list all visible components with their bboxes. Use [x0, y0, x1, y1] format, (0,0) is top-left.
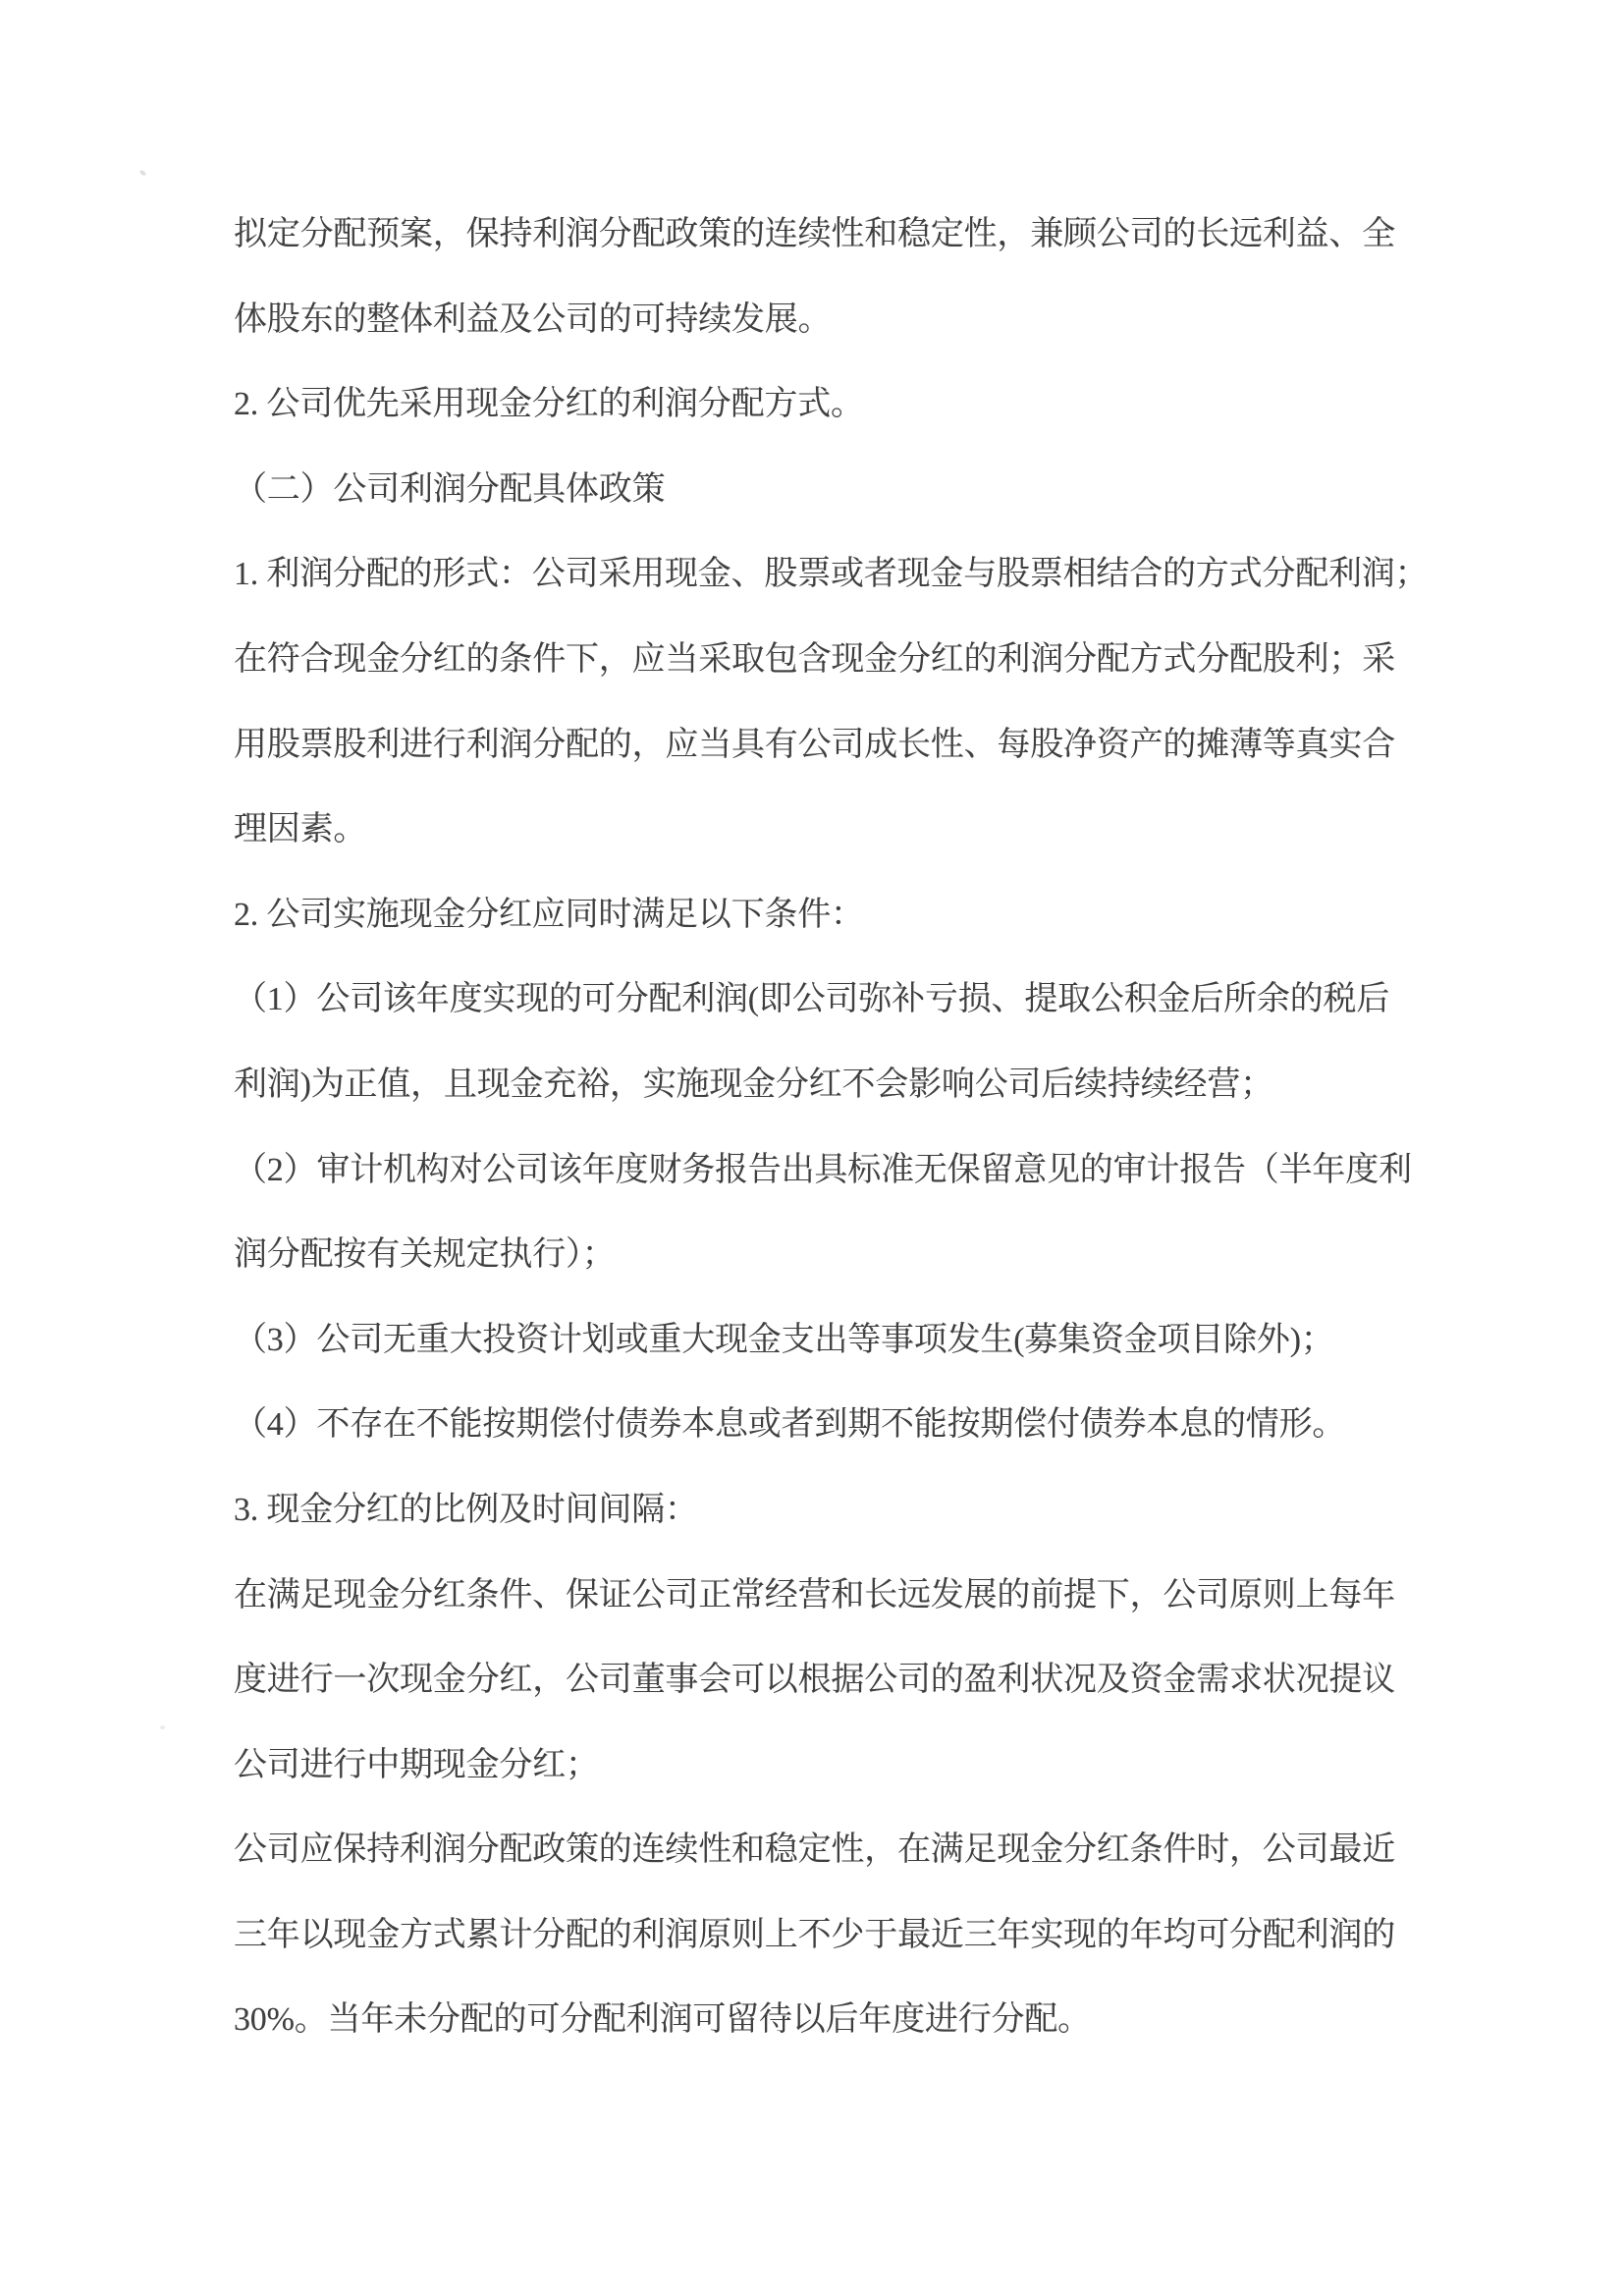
text-line: 拟定分配预案，保持利润分配政策的连续性和稳定性，兼顾公司的长远利益、全	[234, 192, 1408, 278]
text-line: 润分配按有关规定执行）；	[234, 1213, 1408, 1298]
text-line: （2）审计机构对公司该年度财务报告出具标准无保留意见的审计报告（半年度利	[234, 1128, 1408, 1214]
text-line: 三年以现金方式累计分配的利润原则上不少于最近三年实现的年均可分配利润的	[234, 1893, 1408, 1979]
text-line: 1. 利润分配的形式：公司采用现金、股票或者现金与股票相结合的方式分配利润；	[234, 532, 1408, 618]
text-line: 30%。当年未分配的可分配利润可留待以后年度进行分配。	[234, 1978, 1408, 2063]
text-line: 在满足现金分红条件、保证公司正常经营和长远发展的前提下，公司原则上每年	[234, 1554, 1408, 1639]
text-line section-heading: （二）公司利润分配具体政策	[234, 448, 1408, 533]
text-line: （4）不存在不能按期偿付债券本息或者到期不能按期偿付债券本息的情形。	[234, 1383, 1408, 1468]
scan-speck	[139, 169, 147, 176]
text-line: 3. 现金分红的比例及时间间隔：	[234, 1468, 1408, 1554]
text-line: （1）公司该年度实现的可分配利润(即公司弥补亏损、提取公积金后所余的税后	[234, 957, 1408, 1043]
text-line: 利润)为正值，且现金充裕，实施现金分红不会影响公司后续持续经营；	[234, 1043, 1408, 1128]
text-line: 公司进行中期现金分红；	[234, 1723, 1408, 1809]
text-line: 2. 公司优先采用现金分红的利润分配方式。	[234, 362, 1408, 448]
text-line: 理因素。	[234, 788, 1408, 873]
document-page: 拟定分配预案，保持利润分配政策的连续性和稳定性，兼顾公司的长远利益、全 体股东的…	[0, 0, 1623, 2296]
text-line: 度进行一次现金分红，公司董事会可以根据公司的盈利状况及资金需求状况提议	[234, 1638, 1408, 1723]
text-line: 用股票股利进行利润分配的，应当具有公司成长性、每股净资产的摊薄等真实合	[234, 703, 1408, 789]
scan-speck	[160, 1725, 165, 1729]
text-line: 公司应保持利润分配政策的连续性和稳定性，在满足现金分红条件时，公司最近	[234, 1808, 1408, 1893]
text-line: 2. 公司实施现金分红应同时满足以下条件：	[234, 873, 1408, 958]
text-line: 体股东的整体利益及公司的可持续发展。	[234, 278, 1408, 363]
text-line: 在符合现金分红的条件下，应当采取包含现金分红的利润分配方式分配股利；采	[234, 618, 1408, 703]
text-line: （3）公司无重大投资计划或重大现金支出等事项发生(募集资金项目除外)；	[234, 1298, 1408, 1384]
document-text-block: 拟定分配预案，保持利润分配政策的连续性和稳定性，兼顾公司的长远利益、全 体股东的…	[234, 192, 1408, 2063]
